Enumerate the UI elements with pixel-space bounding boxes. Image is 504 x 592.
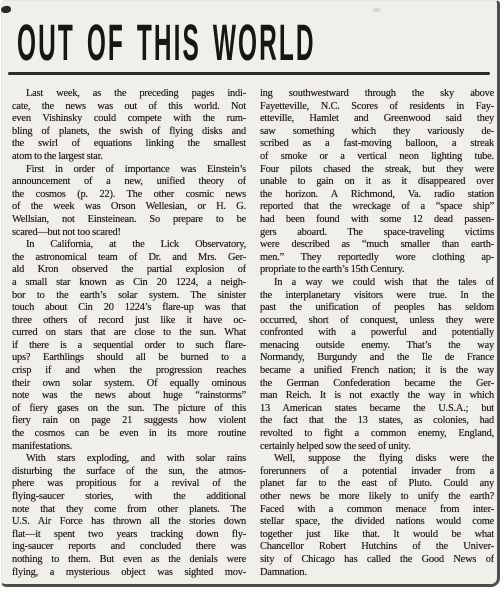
text-line: flat—it spent two years tracking down fl… xyxy=(12,529,246,542)
text-line: ald Kron observed the partial explosion … xyxy=(12,264,246,277)
text-line: 13 American states became the U.S.A.; bu… xyxy=(260,403,494,416)
text-line: of the week was Orson Wellesian, or H. G… xyxy=(12,201,246,214)
text-line: of fiery gases on the sun. The picture o… xyxy=(12,403,246,416)
text-line: revolted to fight a common enemy, Englan… xyxy=(260,428,494,441)
magazine-page-scan: OUT OF THIS WORLD Last week, as the prec… xyxy=(1,0,500,587)
text-line: the horizon. A Richmond, Va. radio stati… xyxy=(260,189,494,202)
text-line: With stars exploding, and with solar rai… xyxy=(12,453,246,466)
text-line: bling of planets, the swish of flying di… xyxy=(12,126,246,139)
text-line: gers aboard. The space-traveling victims xyxy=(260,227,494,240)
text-line: flying, a mysterious object was sighted … xyxy=(12,567,246,580)
text-line: Normandy, Burgundy and the Île de France xyxy=(260,352,494,365)
text-line: unable to gain on it as it disappeared o… xyxy=(260,176,494,189)
text-line: ups? Earthlings should all be burned to … xyxy=(12,352,246,365)
text-line: disturbing the surface of the sun, the a… xyxy=(12,466,246,479)
text-line: nothing to them. But even as the denials… xyxy=(12,554,246,567)
text-line: U.S. Air Force has thrown all the storie… xyxy=(12,516,246,529)
text-line: Faced with a common menace from inter- xyxy=(260,504,494,517)
text-line: of smoke or a vertical neon lighting tub… xyxy=(260,151,494,164)
text-line: stellar space, the divided nations would… xyxy=(260,516,494,529)
text-line: cate, the news was out of this world. No… xyxy=(12,101,246,114)
text-line: had been found with some 12 dead passen- xyxy=(260,214,494,227)
text-column-left: Last week, as the preceding pages indi-c… xyxy=(12,88,246,579)
text-line: saw something which they variously de- xyxy=(260,126,494,139)
text-line: Well, suppose the flying disks were the xyxy=(260,453,494,466)
text-line: etteville, Hamlet and Greenwood said the… xyxy=(260,113,494,126)
text-line: their own solar system. Of equally omino… xyxy=(12,378,246,391)
text-column-right: ing southwestward through the sky aboveF… xyxy=(260,88,494,579)
text-line: past the unification of peoples has seld… xyxy=(260,302,494,315)
text-line: note was the news about huge “rainstorms… xyxy=(12,390,246,403)
text-line: First in order of importance was Einstei… xyxy=(12,164,246,177)
article-body: Last week, as the preceding pages indi-c… xyxy=(12,88,494,579)
text-line: note that they come from other planets. … xyxy=(12,504,246,517)
text-line: Fayetteville, N.C. Scores of residents i… xyxy=(260,101,494,114)
text-line: Damnation. xyxy=(260,567,494,580)
text-line: fiery rain on page 21 suggests how viole… xyxy=(12,415,246,428)
text-line: menacing outside enemy. That’s the way xyxy=(260,340,494,353)
text-line: curred on stars that are close to the su… xyxy=(12,327,246,340)
text-line: Four pilots chased the streak, but they … xyxy=(260,164,494,177)
text-line: the cosmos (p. 22). The other cosmic new… xyxy=(12,189,246,202)
headline-rule xyxy=(8,72,490,75)
text-line: the fact that the 13 states, as colonies… xyxy=(260,415,494,428)
text-line: manifestations. xyxy=(12,441,246,454)
text-line: In California, at the Lick Observatory, xyxy=(12,239,246,252)
text-line: occurred, short of conquest, unless they… xyxy=(260,315,494,328)
text-line: planet far to the east of Pluto. Could a… xyxy=(260,478,494,491)
text-line: three others of record just like it have… xyxy=(12,315,246,328)
article-headline: OUT OF THIS WORLD xyxy=(17,17,316,68)
text-line: scribed as a fast-moving balloon, a stre… xyxy=(260,138,494,151)
text-line: were described as “much smaller than ear… xyxy=(260,239,494,252)
text-line: touch about Cin 20 1224’s flare-up was t… xyxy=(12,302,246,315)
text-line: reported that the wreckage of a “space s… xyxy=(260,201,494,214)
text-line: announcement of a new, unified theory of xyxy=(12,176,246,189)
text-line: the interplanetary visitors were true. I… xyxy=(260,290,494,303)
scan-smudge-icon xyxy=(1,5,12,13)
text-line: the swirl of equations linking the small… xyxy=(12,138,246,151)
text-line: scared—but not too scared! xyxy=(12,227,246,240)
text-line: Wellsian, not Einsteinean. So prepare to… xyxy=(12,214,246,227)
text-line: propriate to the earth’s 15th Century. xyxy=(260,264,494,277)
text-line: forerunners of a potential invader from … xyxy=(260,466,494,479)
text-line: Last week, as the preceding pages indi- xyxy=(12,88,246,101)
text-line: certainly helped sow the seed of unity. xyxy=(260,441,494,454)
text-line: confronted with a powerful and potential… xyxy=(260,327,494,340)
text-line: In a way we could wish that the tales of xyxy=(260,277,494,290)
text-line: crisp if and when the progression reache… xyxy=(12,365,246,378)
text-line: a small star known as Cin 20 1224, a nei… xyxy=(12,277,246,290)
text-line: ing-saucer reports and concluded there w… xyxy=(12,541,246,554)
text-line: bor to the earth’s solar system. The sin… xyxy=(12,290,246,303)
text-line: phere was propitious for a revival of th… xyxy=(12,478,246,491)
text-line: together just like that. It would be wha… xyxy=(260,529,494,542)
text-line: other news be more likely to unify the e… xyxy=(260,491,494,504)
text-line: the astronomical team of Dr. and Mrs. Ge… xyxy=(12,252,246,265)
text-line: the German Confederation became the Ger- xyxy=(260,378,494,391)
text-line: became a unified French nation; it is th… xyxy=(260,365,494,378)
scan-smudge-icon xyxy=(372,8,381,12)
text-line: atom to the largest star. xyxy=(12,151,246,164)
text-line: men.” They reportedly wore clothing ap- xyxy=(260,252,494,265)
text-line: if there is a sequential order to such f… xyxy=(12,340,246,353)
text-line: man Reich. It is not exactly the way in … xyxy=(260,390,494,403)
text-line: flying-saucer stories, with the addition… xyxy=(12,491,246,504)
text-line: the cosmos can be even in its more routi… xyxy=(12,428,246,441)
text-line: sity of Chicago has called the Good News… xyxy=(260,554,494,567)
text-line: even Vishinsky could compete with the ru… xyxy=(12,113,246,126)
text-line: Chancellor Robert Hutchins of the Univer… xyxy=(260,541,494,554)
text-line: ing southwestward through the sky above xyxy=(260,88,494,101)
